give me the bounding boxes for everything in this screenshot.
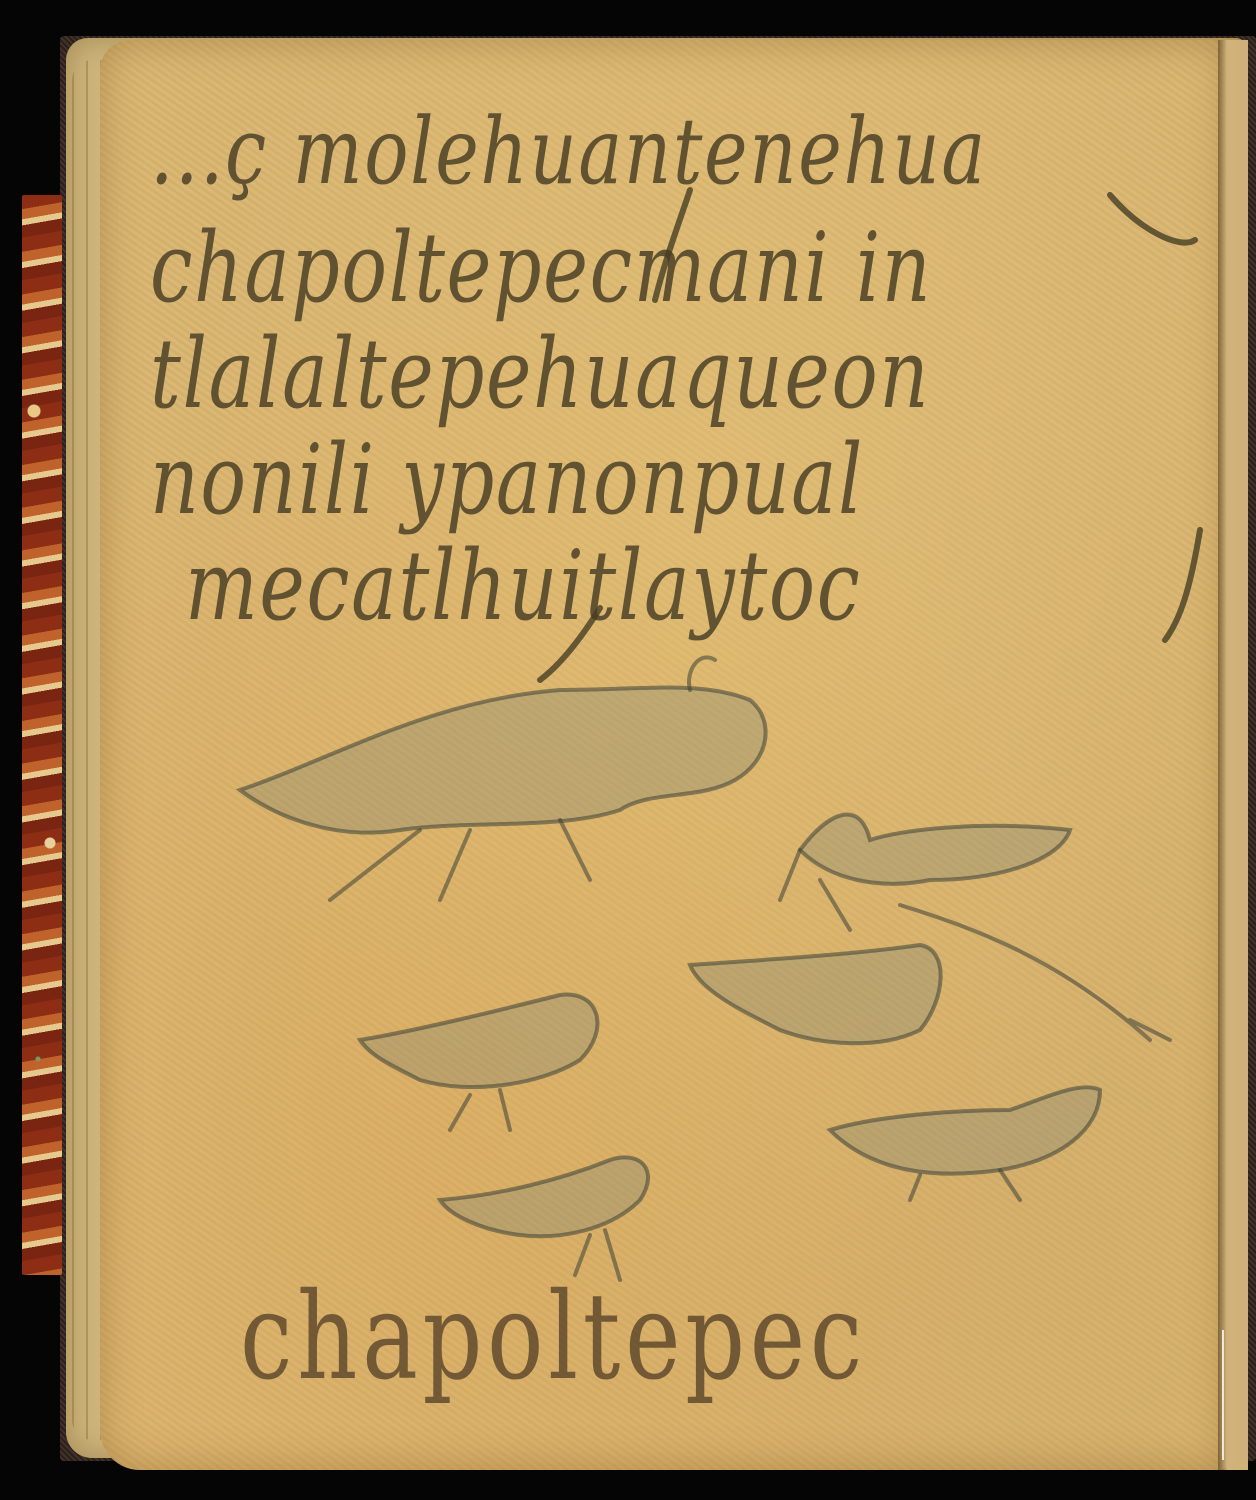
script-line-1: ...ç molehuantenehua: [150, 98, 987, 205]
script-line-5: mecatlhuitlaytoc: [185, 530, 861, 642]
script-line-2: chapoltepecmani in: [150, 212, 932, 324]
script-line-4: nonili ypanonpual: [150, 424, 864, 536]
handwritten-text: ...ç molehuantenehua chapoltepecmani in …: [0, 0, 1256, 1500]
illustration-caption: chapoltepec: [240, 1268, 867, 1407]
script-line-3: tlalaltepehuaqueon: [150, 318, 930, 430]
